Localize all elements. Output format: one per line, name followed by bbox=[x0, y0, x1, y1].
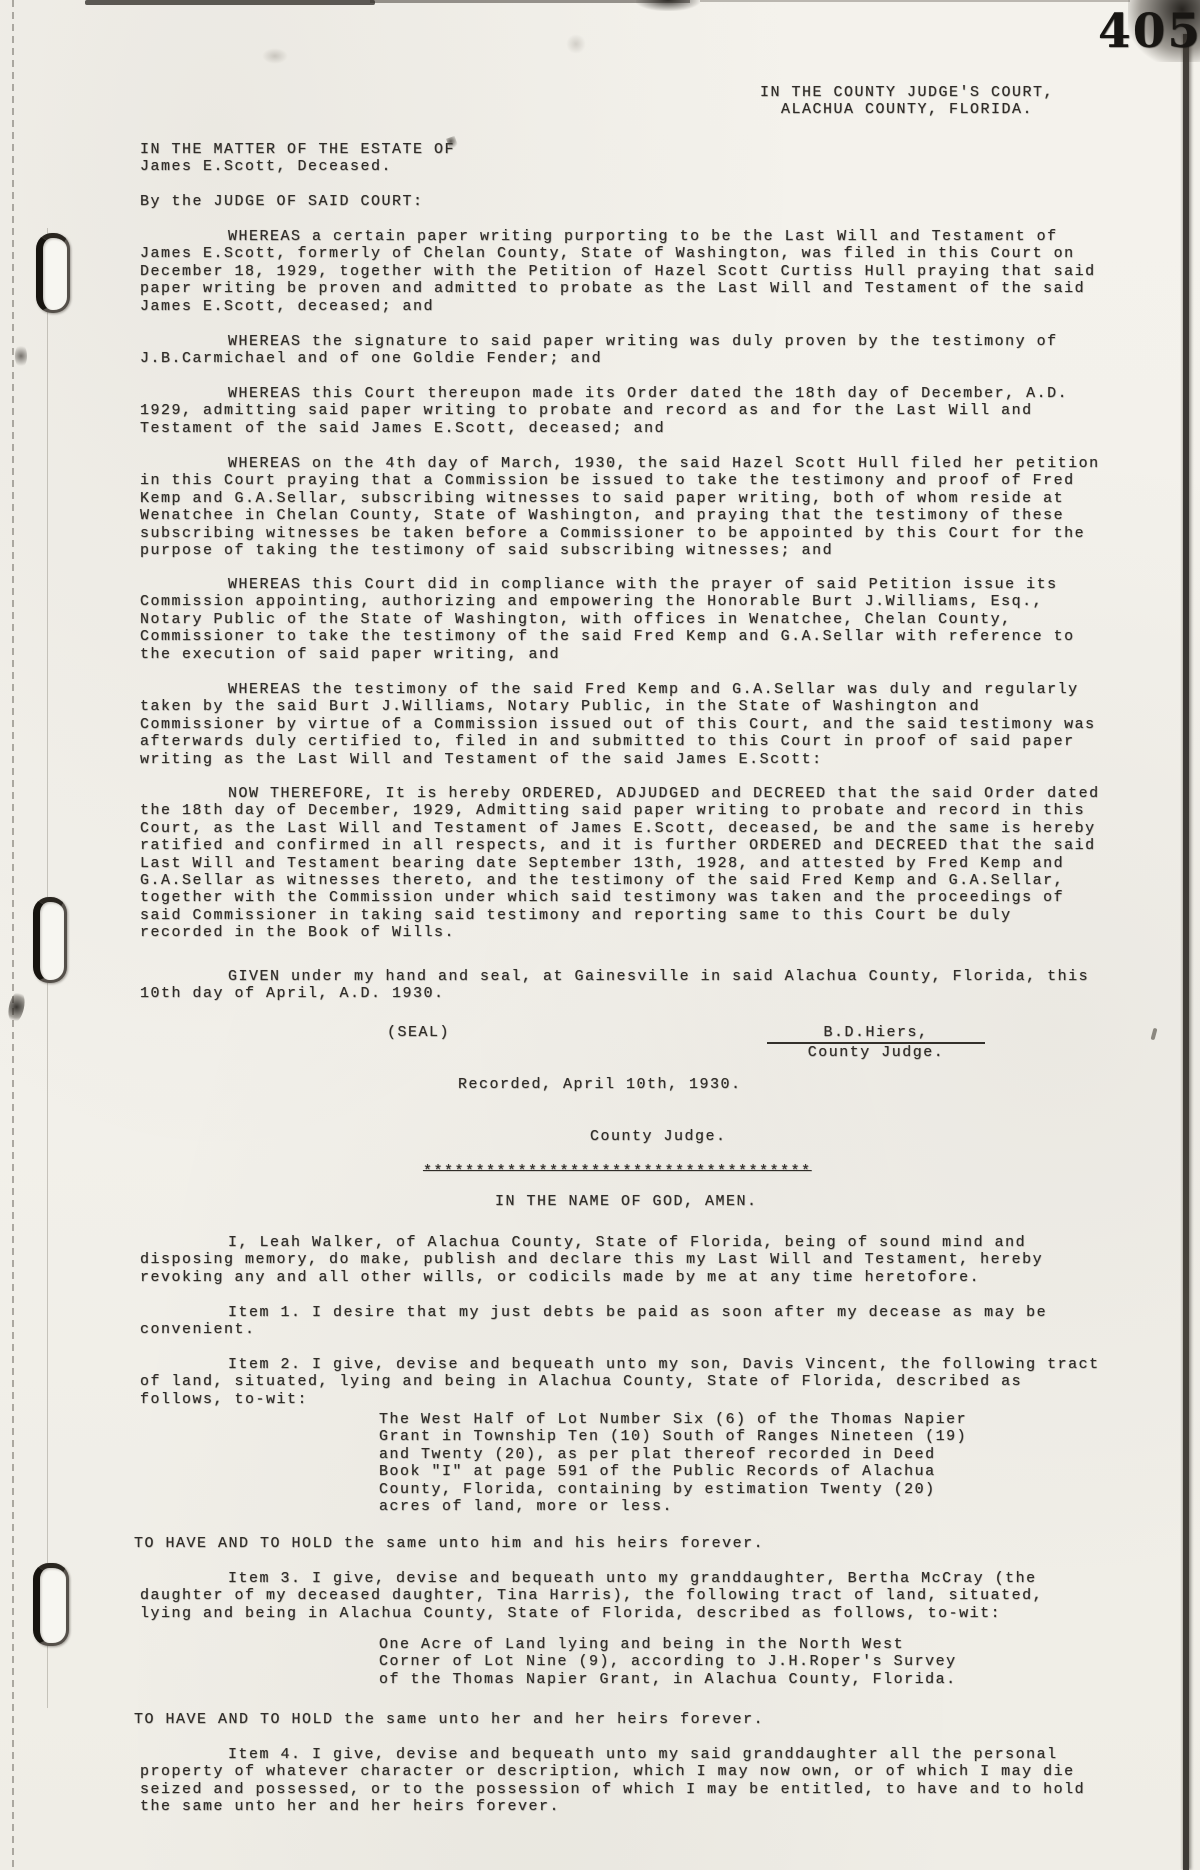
will-item-2: Item 2. I give, devise and bequeath unto… bbox=[140, 1356, 1105, 1408]
seal-notation: (SEAL) bbox=[387, 1024, 450, 1041]
order-paragraph-whereas-5: WHEREAS this Court did in compliance wit… bbox=[140, 576, 1105, 663]
page-number: 405 bbox=[1098, 4, 1200, 59]
binder-fastener-slot bbox=[33, 897, 67, 983]
order-paragraph-now-therefore: NOW THEREFORE, It is hereby ORDERED, ADJ… bbox=[140, 785, 1105, 942]
attestation-title: County Judge. bbox=[590, 1128, 727, 1145]
binder-fastener-slot bbox=[33, 1563, 69, 1646]
binder-fastener-slot bbox=[36, 233, 70, 313]
top-edge-ink-blob bbox=[636, 0, 700, 11]
order-paragraph-given: GIVEN under my hand and seal, at Gainesv… bbox=[140, 968, 1105, 1003]
signature-block: B.D.Hiers, County Judge. bbox=[767, 1024, 985, 1062]
court-header-line1: IN THE COUNTY JUDGE'S COURT, bbox=[752, 84, 1062, 101]
court-header: IN THE COUNTY JUDGE'S COURT, ALACHUA COU… bbox=[752, 84, 1062, 119]
habendum-clause-him: TO HAVE AND TO HOLD the same unto him an… bbox=[134, 1535, 1099, 1552]
habendum-clause-her: TO HAVE AND TO HOLD the same unto her an… bbox=[134, 1711, 1099, 1728]
order-paragraph-whereas-2: WHEREAS the signature to said paper writ… bbox=[140, 333, 1105, 368]
asterisk-divider: ************************************* bbox=[423, 1163, 812, 1180]
will-heading: IN THE NAME OF GOD, AMEN. bbox=[495, 1193, 758, 1210]
order-paragraph-whereas-4: WHEREAS on the 4th day of March, 1930, t… bbox=[140, 455, 1105, 559]
paper-smudge bbox=[566, 34, 586, 54]
signature-name: B.D.Hiers, bbox=[767, 1024, 985, 1044]
ink-blob bbox=[15, 344, 27, 368]
stray-ink-mark bbox=[1151, 1028, 1158, 1041]
will-item-3: Item 3. I give, devise and bequeath unto… bbox=[140, 1570, 1105, 1622]
will-item-4: Item 4. I give, devise and bequeath unto… bbox=[140, 1746, 1105, 1816]
recorded-line: Recorded, April 10th, 1930. bbox=[458, 1076, 742, 1093]
ink-blob bbox=[6, 990, 27, 1024]
court-header-line2: ALACHUA COUNTY, FLORIDA. bbox=[752, 101, 1062, 118]
left-margin-fold-line bbox=[12, 0, 14, 1870]
caption-line1: IN THE MATTER OF THE ESTATE OF bbox=[140, 141, 455, 158]
will-item-2-land-description: The West Half of Lot Number Six (6) of t… bbox=[379, 1411, 1039, 1515]
will-opening-paragraph: I, Leah Walker, of Alachua County, State… bbox=[140, 1234, 1105, 1286]
signature-title: County Judge. bbox=[767, 1044, 985, 1061]
will-item-1: Item 1. I desire that my just debts be p… bbox=[140, 1304, 1105, 1339]
case-caption: IN THE MATTER OF THE ESTATE OF James E.S… bbox=[140, 141, 455, 176]
order-paragraph-whereas-3: WHEREAS this Court thereupon made its Or… bbox=[140, 385, 1105, 437]
page-right-edge-line bbox=[1183, 34, 1189, 1870]
caption-line2: James E.Scott, Deceased. bbox=[140, 158, 455, 175]
will-item-3-land-description: One Acre of Land lying and being in the … bbox=[379, 1636, 1039, 1688]
top-edge-streak bbox=[700, 0, 1130, 2]
order-paragraph-whereas-1: WHEREAS a certain paper writing purporti… bbox=[140, 228, 1105, 315]
paper-smudge bbox=[262, 48, 288, 64]
by-line: By the JUDGE OF SAID COURT: bbox=[140, 193, 424, 210]
top-edge-streak bbox=[85, 0, 375, 5]
order-paragraph-whereas-6: WHEREAS the testimony of the said Fred K… bbox=[140, 681, 1105, 768]
scanned-document-page: 405 IN THE COUNTY JUDGE'S COURT, ALACHUA… bbox=[0, 0, 1200, 1870]
